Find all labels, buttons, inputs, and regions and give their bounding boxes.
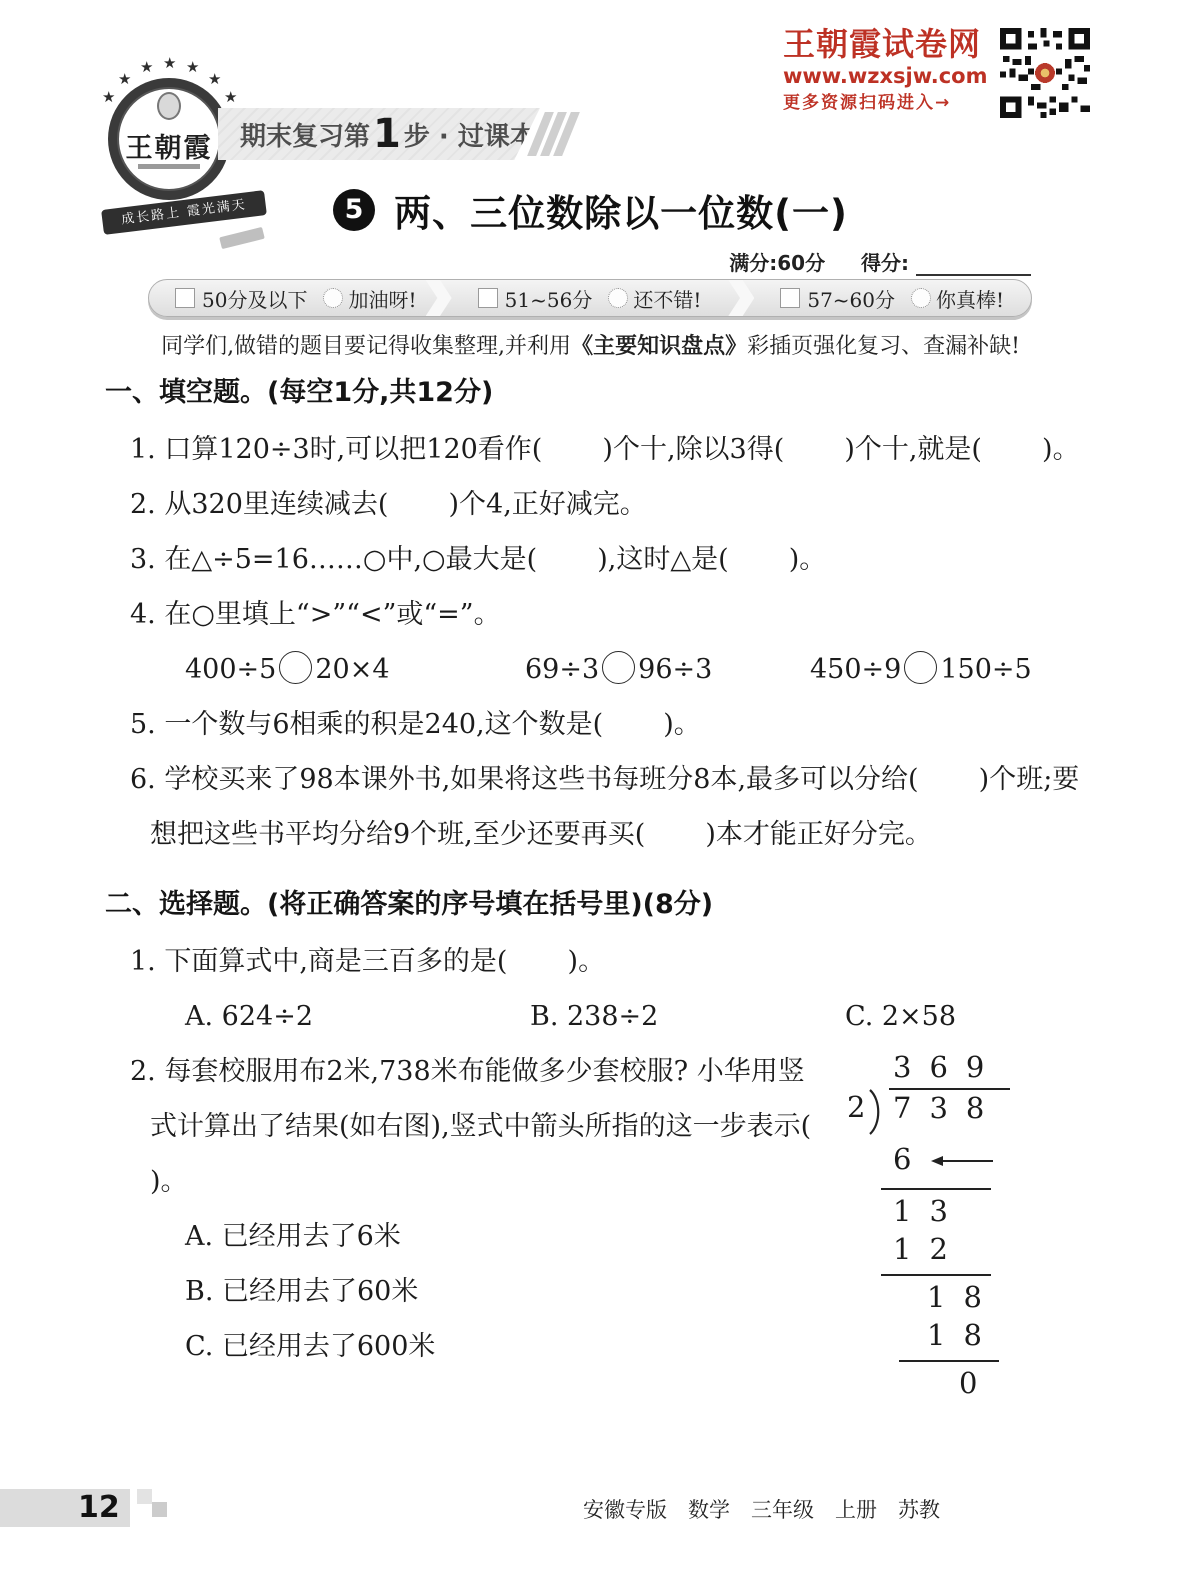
item-text: 一个数与6相乘的积是240,这个数是( )。 <box>156 709 701 740</box>
division-quotient: 369 <box>893 1052 1002 1082</box>
badge-small-text-mark <box>138 164 200 169</box>
phrase-high: 你真棒! <box>936 284 1004 313</box>
page-title: 两、三位数除以一位数(一) <box>394 183 848 237</box>
phrase-mid: 还不错! <box>633 284 701 313</box>
fill-item-6: 6. 学校买来了98本课外书,如果将这些书每班分8本,最多可以分给( )个班;要… <box>105 752 1083 862</box>
range-low-label: 50分及以下 <box>202 284 307 313</box>
item-number: 4. <box>130 599 156 630</box>
range-mid-label: 51~56分 <box>505 284 593 313</box>
star-icon: ★ <box>140 58 153 76</box>
checkbox-mid[interactable] <box>478 288 498 308</box>
item-text: 在○里填上“>”“<”或“=”。 <box>156 599 501 630</box>
division-sub3: 18 <box>927 1320 1000 1350</box>
range-high-label: 57~60分 <box>807 284 895 313</box>
content-area: 一、填空题。(每空1分,共12分) 1. 口算120÷3时,可以把120看作( … <box>105 372 1083 1374</box>
division-line <box>881 1188 991 1190</box>
option-b: B. 238÷2 <box>530 989 658 1044</box>
compare-item-1: 400÷520×4 <box>185 642 390 697</box>
fill-item-5: 5. 一个数与6相乘的积是240,这个数是( )。 <box>105 697 1083 752</box>
banner-step-number: 1 <box>373 114 401 154</box>
item-number: 3. <box>130 544 156 575</box>
division-line <box>881 1274 991 1276</box>
section1-heading: 一、填空题。(每空1分,共12分) <box>105 372 1083 414</box>
paper-title-row: 5 两、三位数除以一位数(一) <box>0 183 1181 237</box>
compare-row: 400÷520×4 69÷396÷3 450÷9150÷5 <box>105 642 1083 697</box>
site-tagline: 更多资源扫码进入→ <box>783 90 998 116</box>
compare-right: 150÷5 <box>940 654 1031 685</box>
item-text: 从320里连续减去( )个4,正好减完。 <box>156 489 647 520</box>
score-line: 满分:60分 得分: <box>729 247 1031 276</box>
star-icon: ★ <box>186 58 199 76</box>
worksheet-page: 王朝霞试卷网 www.wzxsjw.com 更多资源扫码进入→ ★ ★ ★ ★ … <box>0 0 1181 1582</box>
item-number: 5. <box>130 709 156 740</box>
smiley-icon <box>323 288 343 308</box>
checkbox-high[interactable] <box>780 288 800 308</box>
item-number: 6. <box>130 764 156 795</box>
score-segment-mid: 51~56分 还不错! <box>452 284 729 313</box>
note-book-title: 《主要知识盘点》 <box>571 334 747 359</box>
answer-circle[interactable] <box>602 651 635 684</box>
fill-item-4: 4. 在○里填上“>”“<”或“=”。 <box>105 587 1083 642</box>
division-sub1: 6 <box>893 1144 929 1174</box>
item-number: 2. <box>130 1056 156 1087</box>
portrait-icon <box>157 92 181 120</box>
note-pre: 同学们,做错的题目要记得收集整理,并利用 <box>161 334 571 359</box>
chevron-separator <box>728 280 754 316</box>
item-text: 学校买来了98本课外书,如果将这些书每班分8本,最多可以分给( )个班;要想把这… <box>150 764 1079 850</box>
item-text: 口算120÷3时,可以把120看作( )个十,除以3得( )个十,就是( )。 <box>156 434 1080 465</box>
full-score-label: 满分:60分 <box>729 251 825 275</box>
badge-brand-name: 王朝霞 <box>100 126 238 165</box>
score-blank-field[interactable] <box>916 256 1031 276</box>
answer-circle[interactable] <box>279 651 312 684</box>
compare-item-3: 450÷9150÷5 <box>810 642 1032 697</box>
item-text: 每套校服用布2米,738米布能做多少套校服? 小华用竖式计算出了结果(如右图),… <box>150 1056 871 1197</box>
star-icon: ★ <box>102 88 115 106</box>
site-logo: 王朝霞试卷网 www.wzxsjw.com 更多资源扫码进入→ <box>783 26 998 116</box>
star-icon: ★ <box>208 70 221 88</box>
brand-badge: ★ ★ ★ ★ ★ ★ ★ 王朝霞 成长路上 霞光满天 <box>100 60 245 285</box>
long-division-figure: 369 2 738 6 13 12 18 18 0 <box>847 1052 1067 1412</box>
qr-code-icon <box>1000 28 1090 118</box>
site-name: 王朝霞试卷网 <box>783 26 998 62</box>
score-segment-high: 57~60分 你真棒! <box>754 284 1031 313</box>
division-line <box>899 1360 999 1362</box>
chevron-separator <box>426 280 452 316</box>
item-number: 1. <box>130 434 156 465</box>
star-icon: ★ <box>163 54 176 72</box>
smiley-icon <box>911 288 931 308</box>
option-a: A. 624÷2 <box>185 989 313 1044</box>
arrow-left-icon <box>931 1154 995 1168</box>
page-number: 12 <box>78 1489 120 1527</box>
fill-item-1: 1. 口算120÷3时,可以把120看作( )个十,除以3得( )个十,就是( … <box>105 422 1083 477</box>
note-post: 彩插页强化复习、查漏补缺! <box>747 334 1020 359</box>
score-range-bar: 50分及以下 加油呀! 51~56分 还不错! 57~60分 你真棒! <box>148 279 1032 317</box>
compare-item-2: 69÷396÷3 <box>525 642 712 697</box>
division-dividend: 738 <box>889 1088 1010 1123</box>
phrase-low: 加油呀! <box>348 284 416 313</box>
choice1-options-row: A. 624÷2 B. 238÷2 C. 2×58 <box>105 989 1083 1044</box>
reminder-note: 同学们,做错的题目要记得收集整理,并利用《主要知识盘点》彩插页强化复习、查漏补缺… <box>0 329 1181 360</box>
fill-item-3: 3. 在△÷5=16……○中,○最大是( ),这时△是( )。 <box>105 532 1083 587</box>
option-c: C. 2×58 <box>845 989 956 1044</box>
banner-text-pre: 期末复习第 <box>240 116 370 153</box>
division-bracket <box>867 1088 885 1136</box>
smiley-icon <box>608 288 628 308</box>
lesson-number-circle: 5 <box>333 189 375 231</box>
footer-square-decor <box>152 1502 167 1517</box>
score-segment-low: 50分及以下 加油呀! <box>149 284 426 313</box>
edition-info: 安徽专版 数学 三年级 上册 苏教 <box>583 1494 940 1524</box>
section2-heading: 二、选择题。(将正确答案的序号填在括号里)(8分) <box>105 884 1083 926</box>
item-number: 2. <box>130 489 156 520</box>
item-text: 下面算式中,商是三百多的是( )。 <box>156 946 605 977</box>
answer-circle[interactable] <box>904 651 937 684</box>
choice-item-2: 2. 每套校服用布2米,738米布能做多少套校服? 小华用竖式计算出了结果(如右… <box>105 1044 1083 1374</box>
site-url: www.wzxsjw.com <box>783 62 998 90</box>
compare-right: 96÷3 <box>638 654 712 685</box>
star-icon: ★ <box>118 70 131 88</box>
compare-left: 400÷5 <box>185 654 276 685</box>
division-rem2: 18 <box>927 1282 1000 1312</box>
division-sub2: 12 <box>893 1234 966 1264</box>
fill-item-2: 2. 从320里连续减去( )个4,正好减完。 <box>105 477 1083 532</box>
choice-item-1: 1. 下面算式中,商是三百多的是( )。 <box>105 934 1083 989</box>
banner-text-post: 步 · 过课本 <box>404 116 536 153</box>
item-number: 1. <box>130 946 156 977</box>
compare-left: 450÷9 <box>810 654 901 685</box>
header-banner: 期末复习第 1 步 · 过课本 <box>218 108 540 160</box>
score-label: 得分: <box>861 251 909 275</box>
footer-square-decor <box>137 1489 152 1504</box>
checkbox-low[interactable] <box>175 288 195 308</box>
choice2-text: 2. 每套校服用布2米,738米布能做多少套校服? 小华用竖式计算出了结果(如右… <box>105 1044 822 1209</box>
star-icon: ★ <box>224 88 237 106</box>
division-rem1: 13 <box>893 1196 966 1226</box>
division-result: 0 <box>959 1368 995 1398</box>
item-text: 在△÷5=16……○中,○最大是( ),这时△是( )。 <box>156 544 826 575</box>
division-divisor: 2 <box>847 1092 865 1122</box>
compare-right: 20×4 <box>315 654 389 685</box>
compare-left: 69÷3 <box>525 654 599 685</box>
